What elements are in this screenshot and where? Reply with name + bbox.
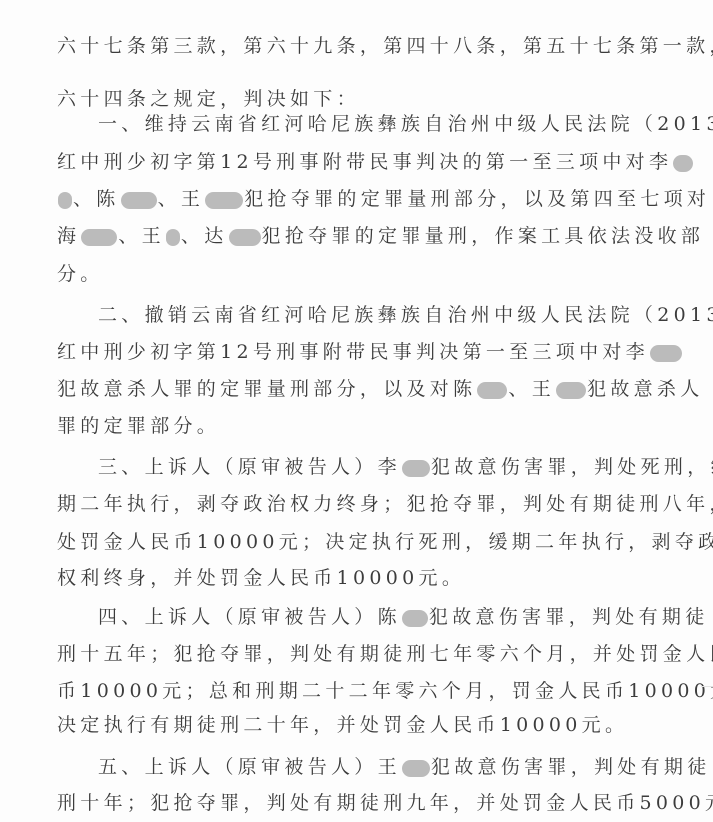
text-fragment: 决定执行有期徒刑二十年，并处罚金人民币10000元。 bbox=[57, 714, 628, 736]
document-page: 六十七条第三款，第六十九条，第四十八条，第五十七条第一款，第 六十四条之规定，判… bbox=[0, 0, 713, 822]
text-fragment: 红中刑少初字第12号刑事附带民事判决第一至三项中对李 bbox=[57, 341, 649, 363]
text-fragment: 三、上诉人（原审被告人）李 bbox=[98, 456, 401, 478]
text-fragment: 处罚金人民币10000元；决定执行死刑，缓期二年执行，剥夺政治 bbox=[57, 531, 713, 553]
paragraph-5-start: 五、上诉人（原审被告人）王犯故意伤害罪，判处有期徒 bbox=[98, 755, 632, 779]
text-fragment: 、达 bbox=[181, 225, 228, 247]
text-line: 、陈、王犯抢夺罪的定罪量刑部分，以及第四至七项对 bbox=[57, 187, 632, 211]
text-fragment: 、王 bbox=[508, 378, 555, 400]
text-line: 处罚金人民币10000元；决定执行死刑，缓期二年执行，剥夺政治 bbox=[57, 530, 632, 554]
text-fragment: 二、撤销云南省红河哈尼族彝族自治州中级人民法院（2013） bbox=[98, 304, 713, 326]
text-line: 刑十五年；犯抢夺罪，判处有期徒刑七年零六个月，并处罚金人民 bbox=[57, 642, 632, 666]
paragraph-1-start: 一、维持云南省红河哈尼族彝族自治州中级人民法院（2013） bbox=[98, 112, 632, 136]
text-fragment: 六十四条之规定，判决如下： bbox=[57, 88, 360, 110]
redaction-blob bbox=[402, 460, 430, 477]
text-fragment: 刑十五年；犯抢夺罪，判处有期徒刑七年零六个月，并处罚金人民 bbox=[57, 643, 713, 665]
paragraph-3-start: 三、上诉人（原审被告人）李犯故意伤害罪，判处死刑，缓 bbox=[98, 455, 632, 479]
text-line: 权利终身，并处罚金人民币10000元。 bbox=[57, 566, 632, 590]
redaction-blob bbox=[229, 229, 261, 246]
text-fragment: 红中刑少初字第12号刑事附带民事判决的第一至三项中对李 bbox=[57, 151, 672, 173]
text-fragment: 罪的定罪部分。 bbox=[57, 415, 220, 437]
text-fragment: 一、维持云南省红河哈尼族彝族自治州中级人民法院（2013） bbox=[98, 113, 713, 135]
paragraph-4-start: 四、上诉人（原审被告人）陈犯故意伤害罪，判处有期徒 bbox=[98, 605, 632, 629]
redaction-blob bbox=[673, 155, 693, 172]
text-fragment: 犯抢夺罪的定罪量刑部分，以及第四至七项对 bbox=[244, 188, 710, 210]
text-line: 决定执行有期徒刑二十年，并处罚金人民币10000元。 bbox=[57, 713, 632, 737]
redaction-blob bbox=[205, 192, 243, 209]
text-fragment: 期二年执行，剥夺政治权力终身；犯抢夺罪，判处有期徒刑八年，并 bbox=[57, 493, 713, 515]
paragraph-2-start: 二、撤销云南省红河哈尼族彝族自治州中级人民法院（2013） bbox=[98, 303, 632, 327]
redaction-blob bbox=[81, 229, 117, 246]
text-line: 犯故意杀人罪的定罪量刑部分，以及对陈、王犯故意杀人 bbox=[57, 377, 632, 401]
text-fragment: 犯故意伤害罪，判处有期徒 bbox=[429, 606, 709, 628]
text-fragment: 分。 bbox=[57, 263, 104, 285]
text-fragment: 犯故意伤害罪，判处死刑，缓 bbox=[431, 456, 713, 478]
text-fragment: 币10000元；总和刑期二十二年零六个月，罚金人民币10000元， bbox=[57, 680, 713, 702]
scan-artifact bbox=[701, 686, 713, 687]
text-fragment: 海 bbox=[57, 225, 80, 247]
text-fragment: 、王 bbox=[158, 188, 205, 210]
text-fragment: 权利终身，并处罚金人民币10000元。 bbox=[57, 567, 465, 589]
text-fragment: 犯故意杀人罪的定罪量刑部分，以及对陈 bbox=[57, 378, 476, 400]
text-line: 红中刑少初字第12号刑事附带民事判决第一至三项中对李 bbox=[57, 340, 632, 364]
text-fragment: 、陈 bbox=[73, 188, 120, 210]
text-fragment: 犯抢夺罪的定罪量刑，作案工具依法没收部 bbox=[262, 225, 705, 247]
text-fragment: 犯故意伤害罪，判处有期徒 bbox=[431, 756, 711, 778]
text-line: 六十七条第三款，第六十九条，第四十八条，第五十七条第一款，第 bbox=[57, 34, 632, 58]
text-line: 六十四条之规定，判决如下： bbox=[57, 87, 632, 111]
redaction-blob bbox=[166, 229, 180, 246]
redaction-blob bbox=[556, 382, 586, 399]
text-fragment: 四、上诉人（原审被告人）陈 bbox=[98, 606, 401, 628]
redaction-blob bbox=[477, 382, 507, 399]
text-fragment: 刑十年；犯抢夺罪，判处有期徒刑九年，并处罚金人民币5000元； bbox=[57, 792, 713, 814]
text-line: 币10000元；总和刑期二十二年零六个月，罚金人民币10000元， bbox=[57, 679, 632, 703]
text-line: 刑十年；犯抢夺罪，判处有期徒刑九年，并处罚金人民币5000元； bbox=[57, 791, 632, 815]
redaction-blob bbox=[650, 345, 682, 362]
text-line: 分。 bbox=[57, 262, 632, 286]
redaction-blob bbox=[402, 610, 428, 627]
text-fragment: 六十七条第三款，第六十九条，第四十八条，第五十七条第一款，第 bbox=[57, 35, 713, 57]
redaction-blob bbox=[121, 192, 157, 209]
text-line: 红中刑少初字第12号刑事附带民事判决的第一至三项中对李 bbox=[57, 150, 632, 174]
text-line: 罪的定罪部分。 bbox=[57, 414, 632, 438]
text-fragment: 犯故意杀人 bbox=[587, 378, 704, 400]
text-fragment: 、王 bbox=[118, 225, 165, 247]
text-line: 海、王、达犯抢夺罪的定罪量刑，作案工具依法没收部 bbox=[57, 224, 632, 248]
text-line: 期二年执行，剥夺政治权力终身；犯抢夺罪，判处有期徒刑八年，并 bbox=[57, 492, 632, 516]
redaction-blob bbox=[58, 192, 72, 209]
text-fragment: 五、上诉人（原审被告人）王 bbox=[98, 756, 401, 778]
redaction-blob bbox=[402, 760, 430, 777]
